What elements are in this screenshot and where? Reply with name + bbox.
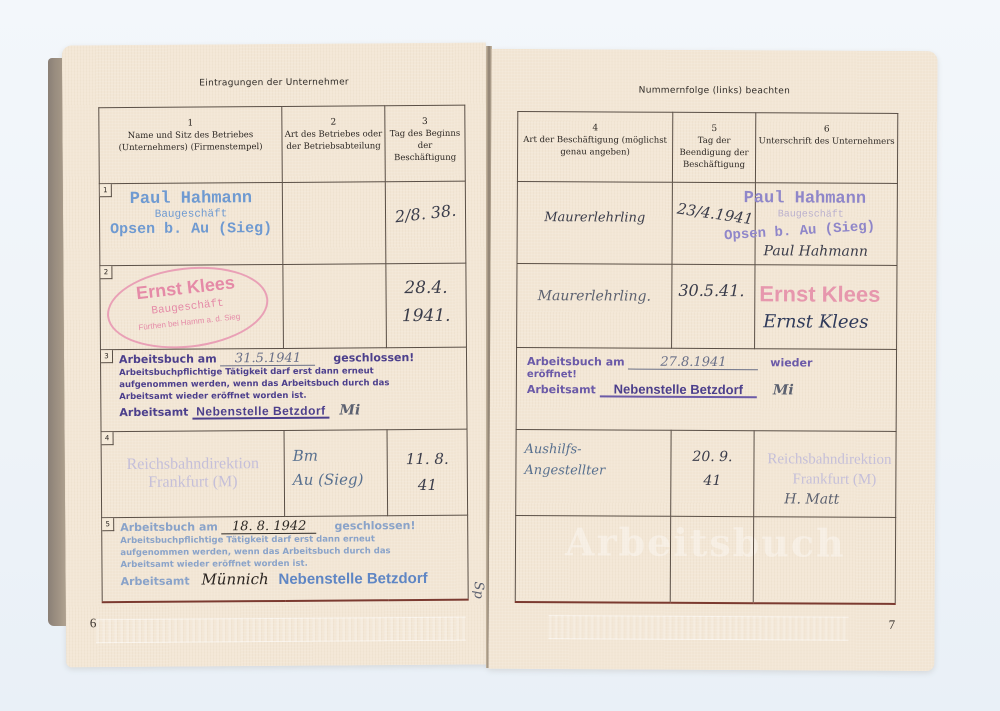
- company-stamp-name: Paul Hahmann: [100, 189, 282, 209]
- employer-entries-table: 1Name und Sitz des Betriebes (Unternehme…: [98, 105, 468, 603]
- table-header-row: 4Art der Beschäftigung (möglichst genau …: [517, 111, 897, 183]
- occupation: Maurerlehrling.: [517, 288, 671, 305]
- table-row: Arbeitsbuch am 27.8.1941 wieder eröffnet…: [516, 347, 896, 431]
- left-page-heading: Eintragungen der Unternehmer: [62, 77, 486, 90]
- closure-stamp: Arbeitsbuch am 18. 8. 1942 geschlossen! …: [102, 516, 467, 589]
- occupation-cell: Aushilfs- Angestellter: [516, 429, 671, 516]
- employer-cell: 2 Ernst Klees Baugeschäft Fürthen bei Ha…: [100, 264, 284, 349]
- clerk-initials: Mi: [773, 382, 794, 398]
- labour-office-stamp: Nebenstelle Betzdorf: [600, 383, 757, 398]
- employment-details-table: 4Art der Beschäftigung (möglichst genau …: [515, 111, 899, 604]
- oval-company-stamp: Ernst Klees Baugeschäft Fürthen bei Hamm…: [103, 259, 273, 357]
- decorative-band: [549, 615, 849, 641]
- employer-signature: Paul Hahmann: [764, 243, 868, 260]
- reopening-date: 27.8.1941: [628, 357, 758, 371]
- labour-office-stamp: Nebenstelle Betzdorf: [192, 405, 329, 420]
- table-row: Aushilfs- Angestellter 20. 9. 41 Reichsb…: [516, 429, 896, 517]
- occupation-cell: Maurerlehrling: [517, 181, 672, 264]
- column-header-3: 3Tag des Beginns der Beschäftigung: [385, 105, 466, 182]
- occupation-cell: [515, 515, 670, 602]
- row-number: 2: [100, 266, 112, 279]
- table-row: 5 Arbeitsbuch am 18. 8. 1942 geschlossen…: [102, 515, 469, 602]
- employer-cell: 1 Paul Hahmann Baugeschäft Opsen b. Au (…: [99, 182, 283, 265]
- business-type-cell: Bm Au (Sieg): [284, 430, 388, 517]
- page-number: 6: [90, 615, 97, 631]
- start-date: 2/8. 38.: [385, 200, 466, 228]
- column-header-4: 4Art der Beschäftigung (möglichst genau …: [517, 111, 672, 182]
- occupation-line-1: Aushilfs-: [524, 442, 670, 458]
- closure-stamp: Arbeitsbuch am 31.5.1941 geschlossen! Ar…: [101, 348, 466, 421]
- end-date-cell: 30.5.41.: [672, 264, 755, 348]
- employer-signature: Ernst Klees: [763, 311, 868, 333]
- company-stamp-name: Reichsbahndirektion: [744, 451, 914, 469]
- start-date-year: 41: [388, 476, 467, 495]
- official-signature: Münnich: [201, 570, 268, 588]
- end-date: 30.5.41.: [678, 281, 754, 300]
- closure-stamp-cell: 3 Arbeitsbuch am 31.5.1941 geschlossen! …: [100, 347, 467, 432]
- column-header-1: 1Name und Sitz des Betriebes (Unternehme…: [99, 106, 283, 183]
- column-header-6: 6Unterschrift des Unternehmers: [755, 113, 897, 184]
- table-row: Maurerlehrling 23/4.1941 Paul Hahmann Ba…: [517, 181, 897, 265]
- start-date-cell: 2/8. 38.: [385, 181, 466, 264]
- column-header-2: 2Art des Betriebes oder der Betriebsabte…: [282, 106, 386, 183]
- company-stamp-location: Frankfurt (M): [764, 471, 904, 489]
- table-row: 4 Reichsbahndirektion Frankfurt (M) Bm A…: [101, 429, 468, 518]
- signature-cell: Paul Hahmann Baugeschäft Opsen b. Au (Si…: [755, 183, 897, 266]
- business-type-cell: [282, 182, 386, 265]
- signature-cell: Ernst Klees Ernst Klees: [755, 265, 897, 350]
- row-number: 4: [102, 432, 114, 445]
- start-date-cell: 11. 8. 41: [387, 429, 468, 516]
- end-date-cell: [670, 516, 753, 602]
- occupation-line-2: Angestellter: [524, 463, 670, 479]
- row-number: 1: [100, 184, 112, 197]
- table-row: 3 Arbeitsbuch am 31.5.1941 geschlossen! …: [100, 347, 467, 432]
- occupation: Maurerlehrling: [518, 210, 672, 226]
- right-page-heading: Nummernfolge (links) beachten: [491, 85, 937, 97]
- company-stamp-name: Ernst Klees: [759, 281, 880, 308]
- business-type: Bm: [293, 446, 387, 465]
- reopening-stamp: Arbeitsbuch am 27.8.1941 wieder eröffnet…: [517, 348, 896, 399]
- decorative-band: [96, 617, 466, 644]
- labour-office-stamp: Nebenstelle Betzdorf: [278, 570, 427, 588]
- company-stamp-location: Frankfurt (M): [102, 473, 284, 492]
- clerk-initials: Mi: [339, 402, 360, 418]
- signature-cell: Reichsbahndirektion Frankfurt (M) H. Mat…: [754, 431, 896, 518]
- company-stamp-name: Paul Hahmann: [710, 189, 900, 209]
- company-stamp-location: Opsen b. Au (Sieg): [100, 220, 282, 238]
- signature-cell: [753, 517, 895, 604]
- right-page: Nummernfolge (links) beachten Arbeitsbuc…: [488, 49, 937, 671]
- row-number: 5: [102, 518, 114, 531]
- end-date-day: 20. 9.: [671, 449, 753, 465]
- end-date-cell: 20. 9. 41: [671, 430, 754, 516]
- end-date-year: 41: [671, 473, 753, 489]
- start-date-year: 1941.: [387, 306, 466, 327]
- start-date-cell: 28.4. 1941.: [386, 263, 467, 348]
- table-header-row: 1Name und Sitz des Betriebes (Unternehme…: [99, 105, 466, 184]
- table-row: Maurerlehrling. 30.5.41. Ernst Klees Ern…: [517, 263, 897, 349]
- row-number: 3: [101, 350, 113, 363]
- employer-cell: 4 Reichsbahndirektion Frankfurt (M): [101, 430, 285, 517]
- closure-stamp-cell: 5 Arbeitsbuch am 18. 8. 1942 geschlossen…: [102, 515, 469, 602]
- closure-date: 31.5.1941: [220, 353, 315, 367]
- page-number: 7: [889, 617, 896, 633]
- margin-note: Sp: [471, 581, 486, 598]
- closure-date: 18. 8. 1942: [222, 521, 317, 535]
- left-page: Eintragungen der Unternehmer 1Name und S…: [62, 43, 490, 668]
- table-row: 1 Paul Hahmann Baugeschäft Opsen b. Au (…: [99, 181, 466, 266]
- company-stamp-name: Reichsbahndirektion: [102, 455, 284, 474]
- start-date-day: 11. 8.: [388, 450, 467, 469]
- reopening-stamp-cell: Arbeitsbuch am 27.8.1941 wieder eröffnet…: [516, 347, 896, 431]
- table-row: 2 Ernst Klees Baugeschäft Fürthen bei Ha…: [100, 263, 467, 350]
- business-location: Au (Sieg): [293, 470, 387, 489]
- business-type-cell: [283, 264, 387, 349]
- table-row: [515, 515, 895, 603]
- occupation-cell: Maurerlehrling.: [517, 263, 672, 348]
- start-date-day: 28.4.: [386, 278, 465, 299]
- employer-signature: H. Matt: [784, 491, 839, 507]
- column-header-5: 5Tag der Beendigung der Beschäftigung: [672, 112, 755, 182]
